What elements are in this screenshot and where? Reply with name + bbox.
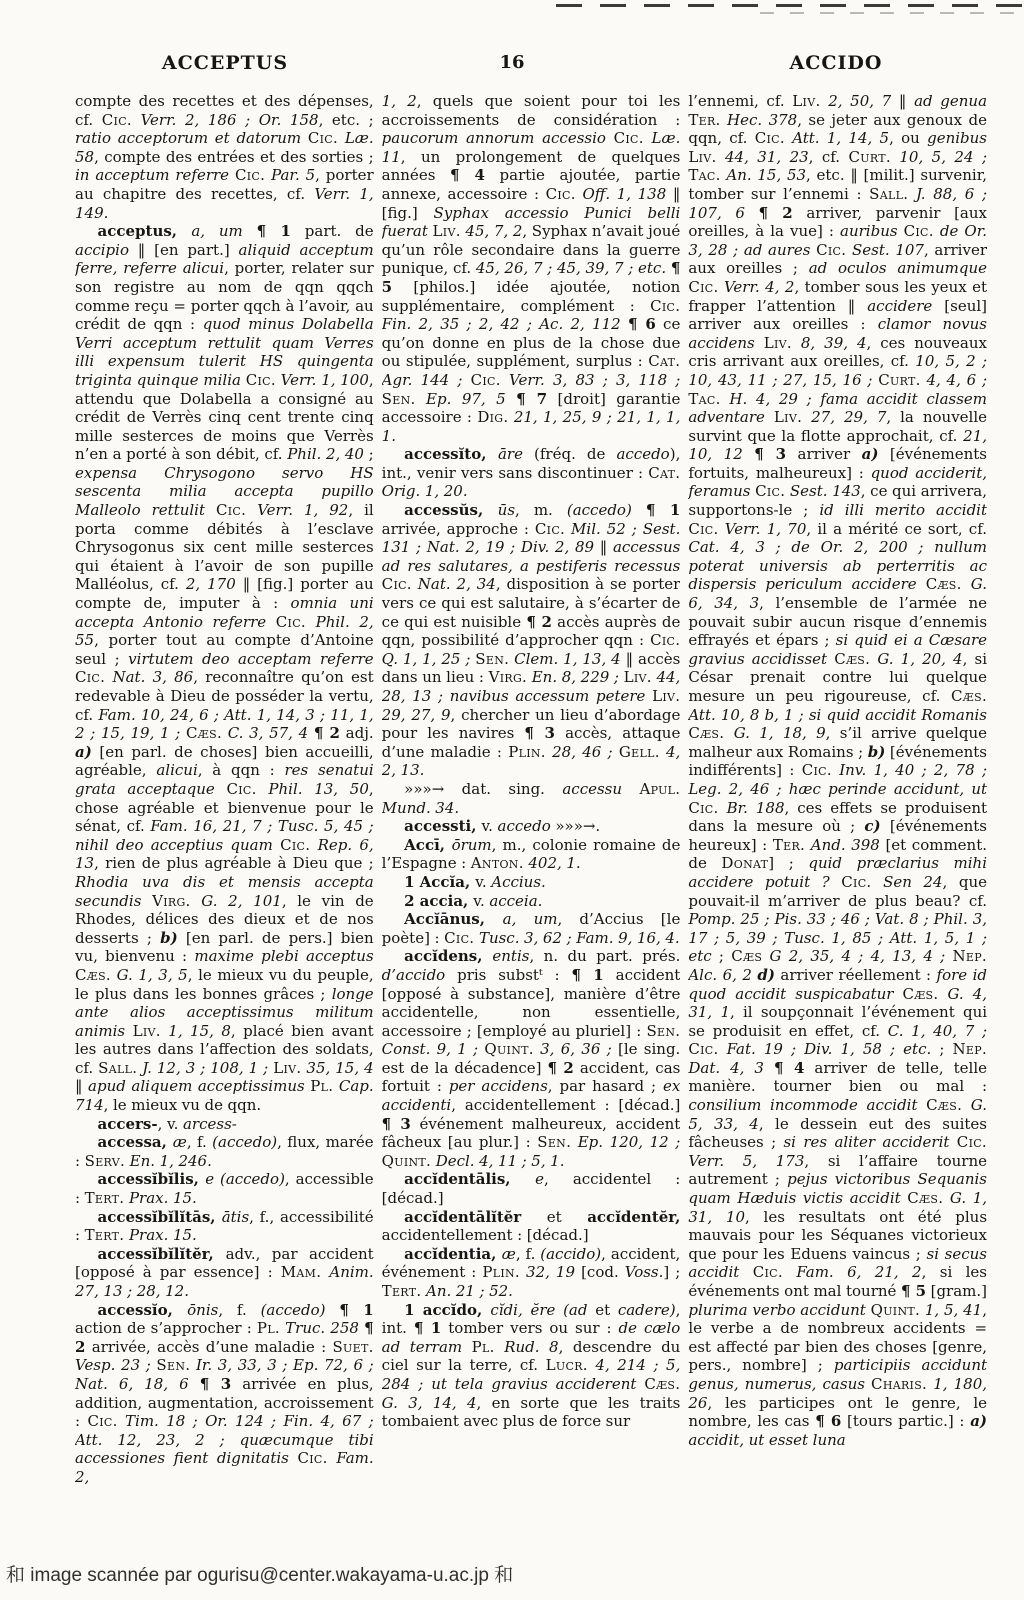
entry-paragraph: accĭdentia, æ, f. (accido), accident, év… [382,1245,681,1301]
page-header: ACCEPTUS 16 ACCIDO [0,52,1024,82]
entry-paragraph: accessĭo, ōnis, f. (accedo) ¶ 1 action d… [75,1301,374,1487]
entry-paragraph: accessĭbĭlĭtĕr, adv., par accident [oppo… [75,1245,374,1301]
column-right: l’ennemi, cf. Liv. 2, 50, 7 ‖ ad genua T… [688,92,987,1552]
scan-edge-artifact [556,4,1024,7]
entry-paragraph: accessĭbĭlĭtās, ātis, f., accessibilité … [75,1208,374,1245]
entry-paragraph: accĭdentālis, e, accidentel : [décad.] [382,1170,681,1207]
running-title-right: ACCIDO [686,52,986,74]
entry-paragraph: accessĭbĭlis, e (accedo), accessible : T… [75,1170,374,1207]
page-number: 16 [462,52,562,73]
entry-paragraph: »»»→ dat. sing. accessu Apul. Mund. 34. [382,780,681,817]
entry-paragraph: acceptus, a, um ¶ 1 part. de accipio ‖ [… [75,222,374,1115]
entry-paragraph: Accī, ōrum, m., colonie romaine de l’Esp… [382,836,681,873]
entry-paragraph: Accĭānus, a, um, d’Accius [le poète] : C… [382,910,681,947]
entry-paragraph: accessa, æ, f. (accedo), flux, marée : S… [75,1133,374,1170]
entry-paragraph: 1 Accĭa, v. Accius. [382,873,681,892]
column-center: 1, 2, quels que soient pour toi les accr… [382,92,681,1552]
entry-paragraph: 1 accĭdo, cĭdi, ĕre (ad et cadere), int.… [382,1301,681,1431]
entry-paragraph: compte des recettes et des dépenses, cf.… [75,92,374,222]
entry-paragraph: accessŭs, ūs, m. (accedo) ¶ 1 arrivée, a… [382,501,681,780]
entry-paragraph: accessĭto, āre (fréq. de accedo), int., … [382,445,681,501]
entry-paragraph: l’ennemi, cf. Liv. 2, 50, 7 ‖ ad genua T… [688,92,987,1449]
entry-paragraph: accĭdens, entis, n. du part. prés. d’acc… [382,947,681,1170]
scan-credit: 和 image scannée par ogurisu@center.wakay… [6,1560,1016,1587]
entry-paragraph: accers-, v. arcess- [75,1115,374,1134]
entry-paragraph: accĭdentālĭtĕr et accĭdentĕr, accidentel… [382,1208,681,1245]
scan-edge-artifact [760,12,1020,14]
running-title-left: ACCEPTUS [75,52,375,74]
column-left: compte des recettes et des dépenses, cf.… [75,92,374,1552]
entry-paragraph: 2 accia, v. acceia. [382,892,681,911]
entry-paragraph: 1, 2, quels que soient pour toi les accr… [382,92,681,445]
entry-paragraph: accessti, v. accedo »»»→. [382,817,681,836]
dictionary-body: compte des recettes et des dépenses, cf.… [75,92,987,1552]
